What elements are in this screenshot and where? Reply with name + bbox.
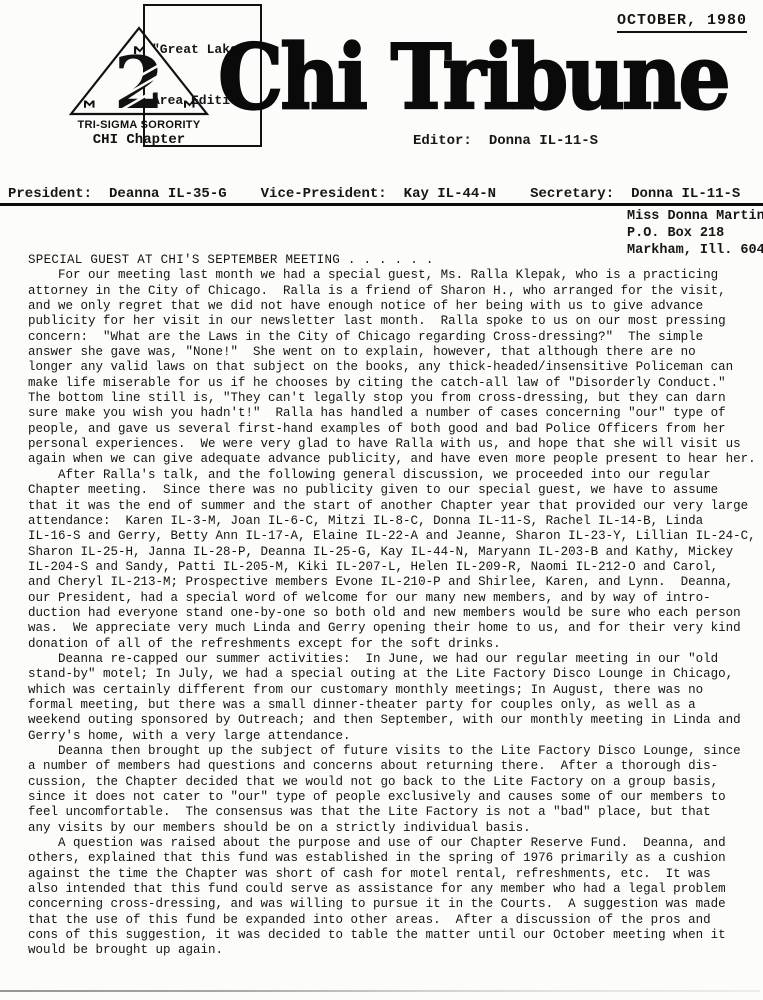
newsletter-page: "Great Lakes" Area Edition OCTOBER, 1980…: [0, 0, 763, 1000]
secretary-name: Donna IL-11-S: [631, 186, 740, 203]
address-po-box: P.O. Box 218: [627, 225, 763, 242]
body-line: formal meeting, but there was a small di…: [28, 698, 755, 713]
body-line: our President, had a special word of wel…: [28, 591, 755, 606]
body-line: cussion, the Chapter decided that we wou…: [28, 775, 755, 790]
body-line: IL-16-S and Gerry, Betty Ann IL-17-A, El…: [28, 529, 755, 544]
body-line: stand-by" motel; In July, we had a speci…: [28, 667, 755, 682]
body-line: The bottom line still is, "They can't le…: [28, 391, 755, 406]
sigma-left-icon: Σ: [80, 99, 96, 109]
body-line: feel uncomfortable. The consensus was th…: [28, 805, 755, 820]
body-line: After Ralla's talk, and the following ge…: [28, 468, 755, 483]
logo-org-name: TRI-SIGMA SORORITY: [64, 119, 214, 132]
body-line: again when we can give adequate advance …: [28, 452, 755, 467]
president-name: Deanna IL-35-G: [109, 186, 227, 203]
vice-president-label: Vice-President:: [261, 186, 387, 203]
body-line: answer she gave was, "None!" She went on…: [28, 345, 755, 360]
body-line: IL-204-S and Sandy, Patti IL-205-M, Kiki…: [28, 560, 755, 575]
address-name: Miss Donna Martin: [627, 208, 763, 225]
body-line: personal experiences. We were very glad …: [28, 437, 755, 452]
bottom-scan-line: [0, 990, 760, 992]
body-line: concerning cross-dressing, and was willi…: [28, 897, 755, 912]
sorority-logo: Σ Σ Σ 2 TRI-SIGMA SORORITY CHI Chapter: [64, 25, 214, 148]
officers-row: President: Deanna IL-35-G Vice-President…: [8, 186, 755, 203]
article-body: For our meeting last month we had a spec…: [28, 268, 755, 958]
secretary-address-block: Miss Donna Martin P.O. Box 218 Markham, …: [627, 208, 763, 259]
body-line: also intended that this fund could serve…: [28, 882, 755, 897]
body-line: cons of this suggestion, it was decided …: [28, 928, 755, 943]
body-line: against the time the Chapter was short o…: [28, 867, 755, 882]
body-line: sure make you wish you hadn't!" Ralla ha…: [28, 406, 755, 421]
body-line: publicity for her visit in our newslette…: [28, 314, 755, 329]
header-divider-rule: [0, 203, 763, 206]
editor-name: Donna IL-11-S: [489, 133, 598, 150]
vice-president-name: Kay IL-44-N: [404, 186, 496, 203]
officer-president: President: Deanna IL-35-G: [8, 186, 227, 203]
body-line: a number of members had questions and co…: [28, 759, 755, 774]
article: SPECIAL GUEST AT CHI'S SEPTEMBER MEETING…: [28, 253, 755, 959]
body-line: was. We appreciate very much Linda and G…: [28, 621, 755, 636]
body-line: would be brought up again.: [28, 943, 755, 958]
officer-vice-president: Vice-President: Kay IL-44-N: [261, 186, 496, 203]
article-heading: SPECIAL GUEST AT CHI'S SEPTEMBER MEETING…: [28, 253, 755, 268]
body-line: donation of all of the refreshments exce…: [28, 637, 755, 652]
body-line: Deanna then brought up the subject of fu…: [28, 744, 755, 759]
officer-secretary: Secretary: Donna IL-11-S: [530, 186, 740, 203]
body-line: attendance: Karen IL-3-M, Joan IL-6-C, M…: [28, 514, 755, 529]
body-line: that it was the end of summer and the st…: [28, 499, 755, 514]
body-line: which was certainly different from our c…: [28, 683, 755, 698]
body-line: Sharon IL-25-H, Janna IL-28-P, Deanna IL…: [28, 545, 755, 560]
triangle-logo-icon: Σ Σ Σ 2: [65, 25, 213, 119]
body-line: people, and gave us several first-hand e…: [28, 422, 755, 437]
body-line: longer any valid laws on that subject on…: [28, 360, 755, 375]
body-line: Deanna re-capped our summer activities: …: [28, 652, 755, 667]
body-line: others, explained that this fund was est…: [28, 851, 755, 866]
body-line: duction had everyone stand one-by-one so…: [28, 606, 755, 621]
sigma-right-icon: Σ: [180, 99, 196, 109]
masthead-title: Chi Tribune: [218, 26, 718, 130]
body-line: attorney in the City of Chicago. Ralla i…: [28, 284, 755, 299]
body-line: Gerry's home, with a very large attendan…: [28, 729, 755, 744]
body-line: weekend outing sponsored by Outreach; an…: [28, 713, 755, 728]
body-line: that the use of this fund be expanded in…: [28, 913, 755, 928]
body-line: and Cheryl IL-213-M; Prospective members…: [28, 575, 755, 590]
swan-numeral-icon: 2: [114, 40, 164, 119]
logo-chapter-name: CHI Chapter: [64, 132, 214, 148]
president-label: President:: [8, 186, 92, 203]
body-line: For our meeting last month we had a spec…: [28, 268, 755, 283]
editor-line: Editor: Donna IL-11-S: [413, 133, 598, 150]
editor-label: Editor:: [413, 133, 472, 150]
body-line: make life miserable for us if he chooses…: [28, 376, 755, 391]
body-line: A question was raised about the purpose …: [28, 836, 755, 851]
body-line: any visits by our members should be on a…: [28, 821, 755, 836]
secretary-label: Secretary:: [530, 186, 614, 203]
body-line: concern: "What are the Laws in the City …: [28, 330, 755, 345]
body-line: since it does not cater to "our" type of…: [28, 790, 755, 805]
body-line: Chapter meeting. Since there was no publ…: [28, 483, 755, 498]
body-line: and we only regret that we did not have …: [28, 299, 755, 314]
